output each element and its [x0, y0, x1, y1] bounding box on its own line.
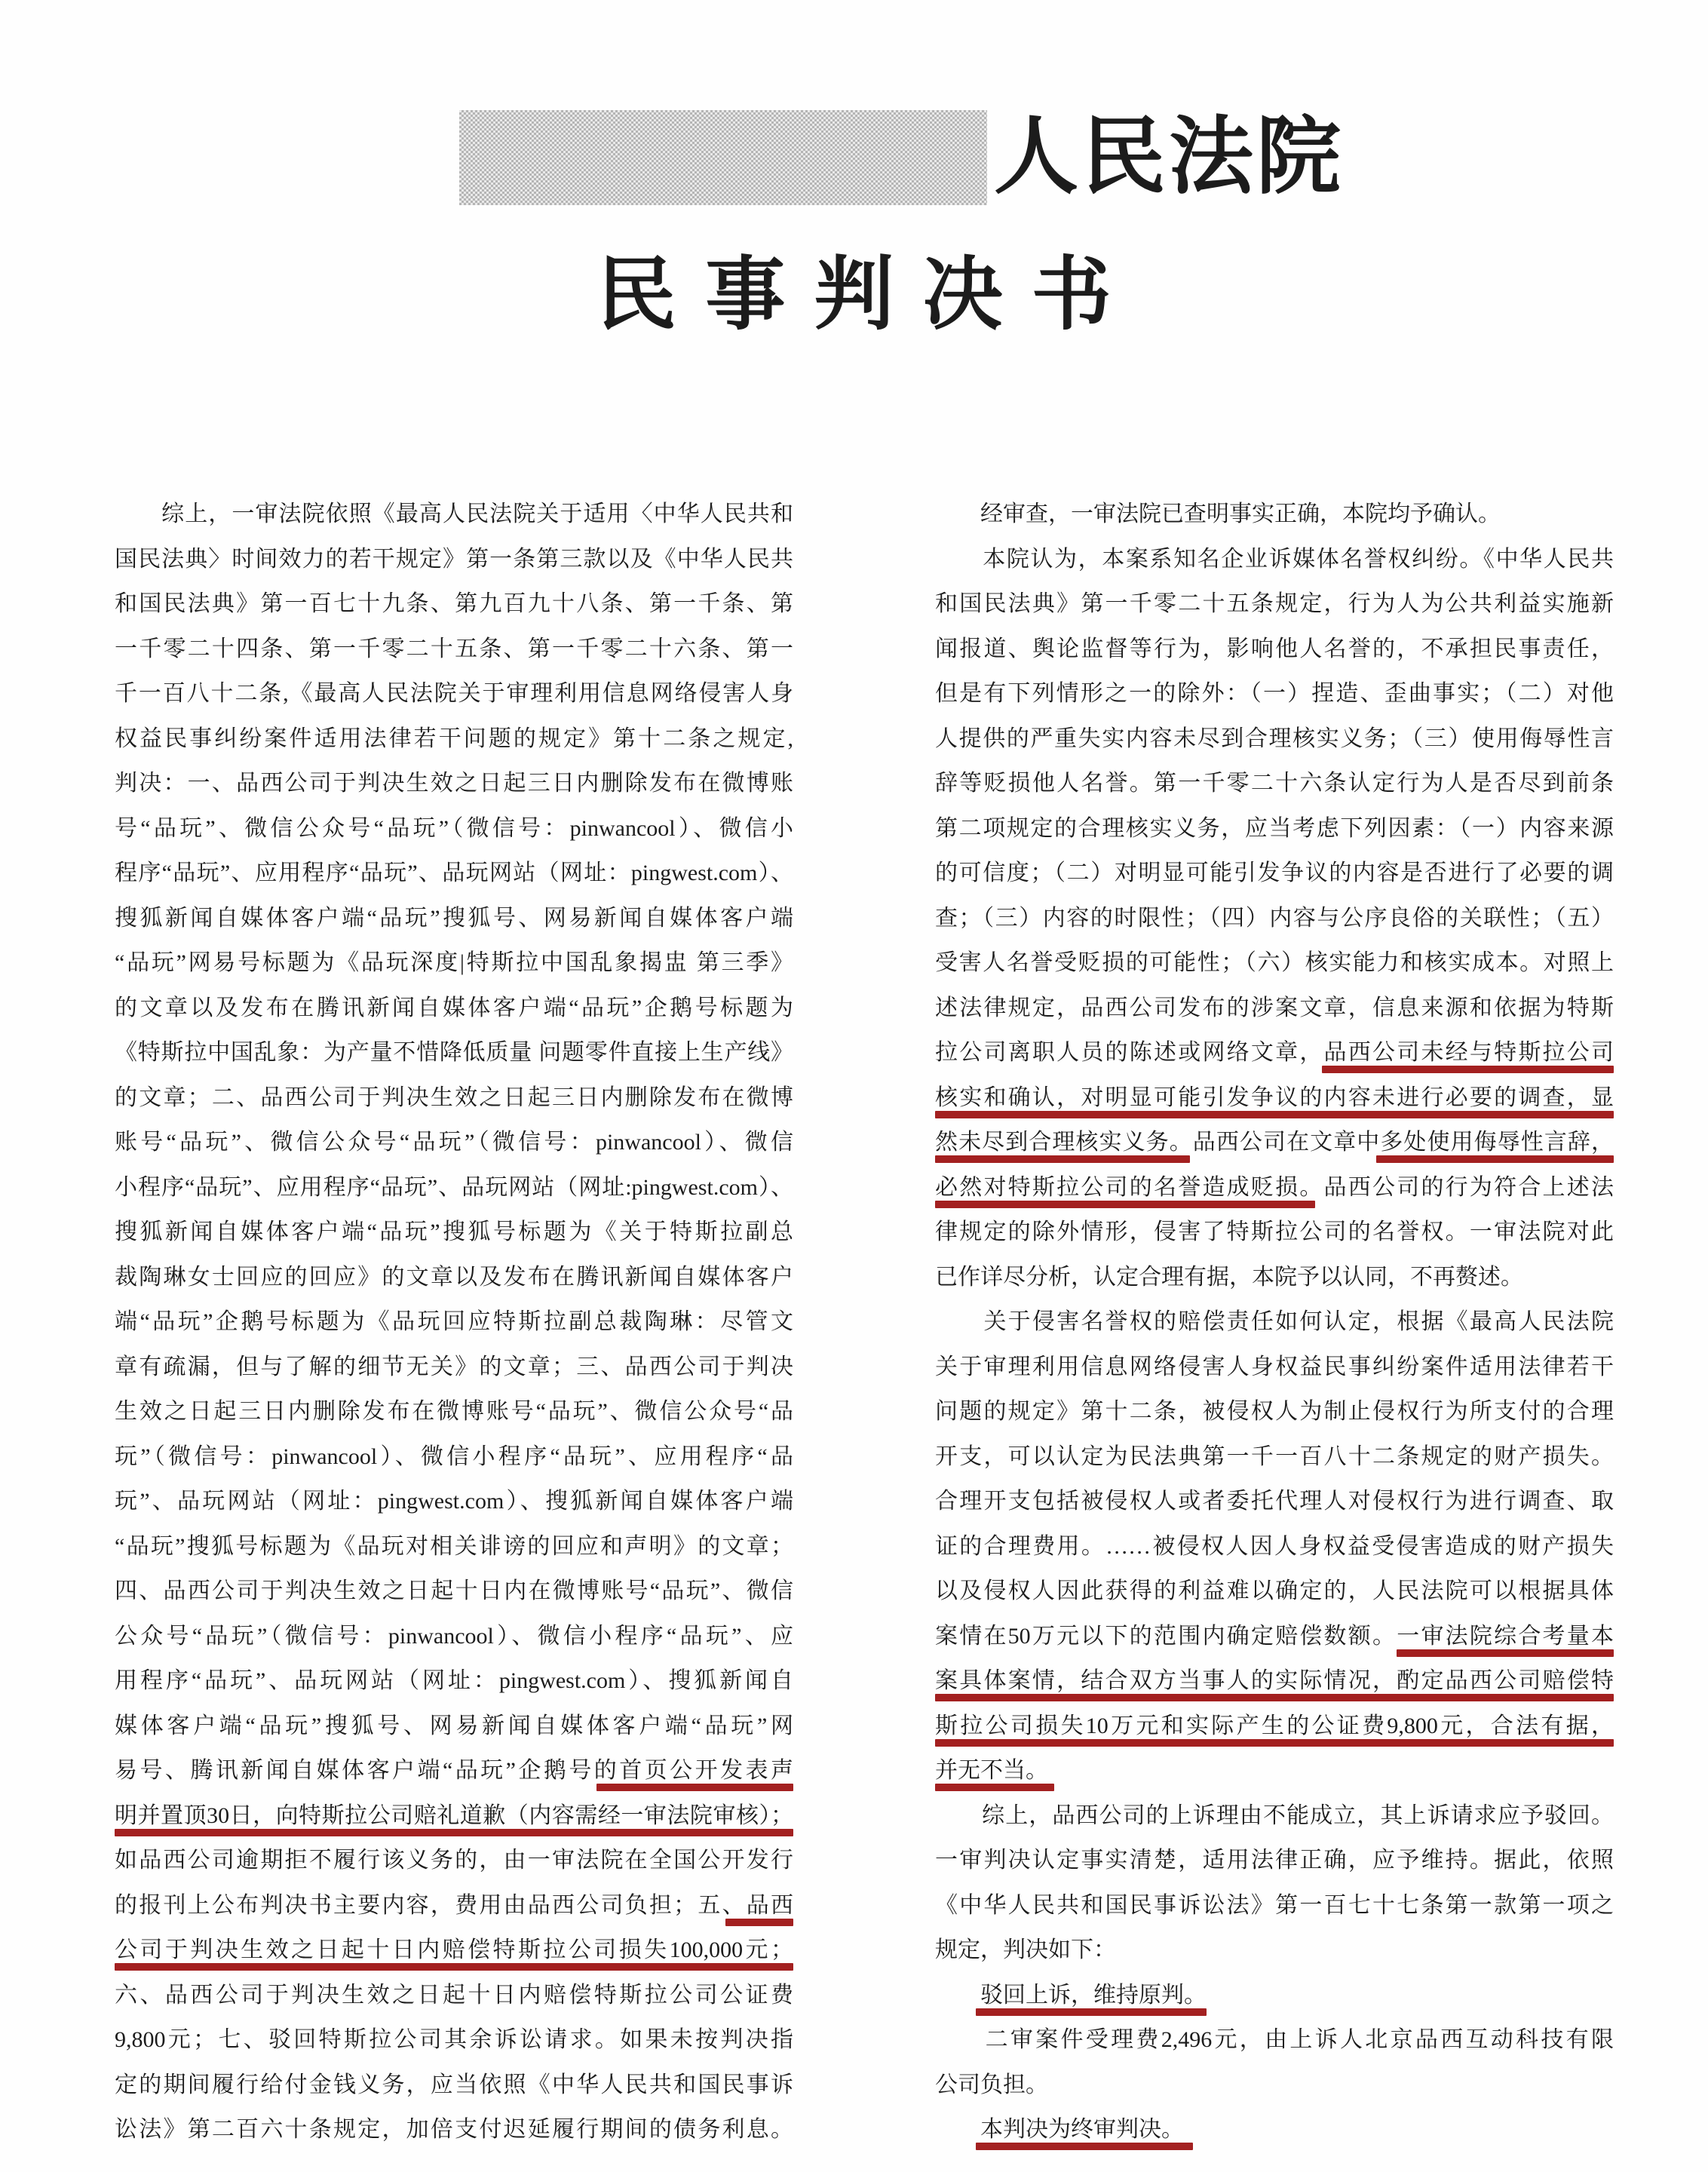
text-line: 一千零二十四条、第一千零二十五条、第一千零二十六条、第一 [115, 627, 793, 672]
line-text: 述法律规定，品西公司发布的涉案文章，信息来源和依据为特斯 [935, 995, 1614, 1020]
line-text: 并无不当。 [935, 1758, 1048, 1783]
text-line: 裁陶琳女士回应的回应》的文章以及发布在腾讯新闻自媒体客户 [115, 1255, 793, 1300]
judgment-document-page: 人民法院 民事判决书 综上，一审法院依照《最高人民法院关于适用〈中华人民共和国民… [0, 0, 1708, 2172]
text-line: 易号、腾讯新闻自媒体客户端“品玩”企鹅号的首页公开发表声 [115, 1748, 793, 1793]
line-text: 必然对特斯拉公司的名誉造成贬损。品西公司的行为符合上述法 [935, 1175, 1614, 1200]
line-text: 四、品西公司于判决生效之日起十日内在微博账号“品玩”、微信 [115, 1578, 793, 1603]
text-line: 搜狐新闻自媒体客户端“品玩”搜狐号、网易新闻自媒体客户端 [115, 896, 793, 941]
redacted-court-name-block [459, 110, 987, 205]
text-line: 程序“品玩”、应用程序“品玩”、品玩网站（网址：pingwest.com）、 [115, 851, 793, 896]
line-text: 玩”、品玩网站（网址：pingwest.com）、搜狐新闻自媒体客户端 [115, 1489, 793, 1514]
text-line: 本院认为，本案系知名企业诉媒体名誉权纠纷。《中华人民共 [935, 537, 1614, 582]
text-line: 驳回上诉，维持原判。 [935, 1973, 1614, 2018]
text-line: 的文章；二、品西公司于判决生效之日起三日内删除发布在微博 [115, 1075, 793, 1121]
line-text: 但是有下列情形之一的除外：（一）捏造、歪曲事实；（二）对他 [935, 681, 1614, 706]
text-line: 案具体案情，结合双方当事人的实际情况，酌定品西公司赔偿特 [935, 1658, 1614, 1704]
text-line: “品玩”搜狐号标题为《品玩对相关诽谤的回应和声明》的文章； [115, 1524, 793, 1569]
text-line: 规定，判决如下： [935, 1928, 1614, 1973]
text-line: 辞等贬损他人名誉。第一千零二十六条认定行为人是否尽到前条 [935, 761, 1614, 806]
text-line: 账号“品玩”、微信公众号“品玩”（微信号：pinwancool）、微信 [115, 1120, 793, 1165]
text-line: 查；（三）内容的时限性；（四）内容与公序良俗的关联性；（五） [935, 896, 1614, 941]
line-text: 一千零二十四条、第一千零二十五条、第一千零二十六条、第一 [115, 637, 793, 661]
text-line: 和国民法典》第一百七十九条、第九百九十八条、第一千条、第 [115, 581, 793, 627]
red-underline [115, 1963, 793, 1971]
text-line: 章有疏漏，但与了解的细节无关》的文章；三、品西公司于判决 [115, 1345, 793, 1390]
text-line: 第二项规定的合理核实义务，应当考虑下列因素：（一）内容来源 [935, 806, 1614, 851]
text-line: 问题的规定》第十二条，被侵权人为制止侵权行为所支付的合理 [935, 1389, 1614, 1434]
text-line: 的可信度；（二）对明显可能引发争议的内容是否进行了必要的调 [935, 851, 1614, 896]
line-text: 千一百八十二条,《最高人民法院关于审理利用信息网络侵害人身 [115, 681, 793, 706]
text-line: 公司负担。 [935, 2063, 1614, 2108]
line-text: “品玩”搜狐号标题为《品玩对相关诽谤的回应和声明》的文章； [115, 1534, 793, 1559]
red-underline [1397, 1649, 1614, 1657]
line-text: 《特斯拉中国乱象：为产量不惜降低质量 问题零件直接上生产线》 [115, 1040, 793, 1065]
line-text: 用程序“品玩”、品玩网站（网址：pingwest.com）、搜狐新闻自 [115, 1668, 793, 1693]
text-line: 本判决为终审判决。 [935, 2107, 1614, 2152]
text-line: 《特斯拉中国乱象：为产量不惜降低质量 问题零件直接上生产线》 [115, 1030, 793, 1075]
line-text: 经审查，一审法院已查明事实正确，本院均予确认。 [935, 502, 1501, 526]
line-text: 讼法》第二百六十条规定，加倍支付迟延履行期间的债务利息。 [115, 2117, 793, 2142]
line-text: 证的合理费用。……被侵权人因人身权益受侵害造成的财产损失 [935, 1534, 1614, 1559]
text-line: 经审查，一审法院已查明事实正确，本院均予确认。 [935, 492, 1614, 537]
text-line: 用程序“品玩”、品玩网站（网址：pingwest.com）、搜狐新闻自 [115, 1658, 793, 1704]
line-text: 综上，品西公司的上诉理由不能成立，其上诉请求应予驳回。 [935, 1803, 1614, 1828]
text-line: 公众号“品玩”（微信号：pinwancool）、微信小程序“品玩”、应 [115, 1614, 793, 1659]
text-line: 判决：一、品西公司于判决生效之日起三日内删除发布在微博账 [115, 761, 793, 806]
text-line: 号“品玩”、微信公众号“品玩”（微信号：pinwancool）、微信小 [115, 806, 793, 851]
text-line: 然未尽到合理核实义务。品西公司在文章中多处使用侮辱性言辞， [935, 1120, 1614, 1165]
text-line: 9,800元；七、驳回特斯拉公司其余诉讼请求。如果未按判决指 [115, 2017, 793, 2063]
red-underline [935, 1694, 1614, 1701]
text-line: 如品西公司逾期拒不履行该义务的，由一审法院在全国公开发行 [115, 1838, 793, 1883]
text-line: 案情在50万元以下的范围内确定赔偿数额。一审法院综合考量本 [935, 1614, 1614, 1659]
line-text: 的可信度；（二）对明显可能引发争议的内容是否进行了必要的调 [935, 861, 1614, 885]
line-text: 媒体客户端“品玩”搜狐号、网易新闻自媒体客户端“品玩”网 [115, 1713, 793, 1738]
line-text: 受害人名誉受贬损的可能性；（六）核实能力和核实成本。对照上 [935, 950, 1614, 975]
line-text: 裁陶琳女士回应的回应》的文章以及发布在腾讯新闻自媒体客户 [115, 1265, 793, 1290]
text-line: 并无不当。 [935, 1748, 1614, 1793]
line-text: 搜狐新闻自媒体客户端“品玩”搜狐号标题为《关于特斯拉副总 [115, 1219, 793, 1244]
red-underline [725, 1919, 793, 1926]
line-text: 辞等贬损他人名誉。第一千零二十六条认定行为人是否尽到前条 [935, 771, 1614, 796]
text-line: 一审判决认定事实清楚，适用法律正确，应予维持。据此，依照 [935, 1838, 1614, 1883]
red-underline [935, 1784, 1054, 1791]
text-line: 讼法》第二百六十条规定，加倍支付迟延履行期间的债务利息。 [115, 2107, 793, 2152]
line-text: 和国民法典》第一千零二十五条规定，行为人为公共利益实施新 [935, 591, 1614, 616]
line-text: 判决：一、品西公司于判决生效之日起三日内删除发布在微博账 [115, 771, 793, 796]
text-line: 玩”（微信号：pinwancool）、微信小程序“品玩”、应用程序“品 [115, 1434, 793, 1480]
red-underline [596, 1784, 793, 1791]
text-line: 拉公司离职人员的陈述或网络文章，品西公司未经与特斯拉公司 [935, 1030, 1614, 1075]
line-text: 生效之日起三日内删除发布在微博账号“品玩”、微信公众号“品 [115, 1399, 793, 1424]
line-text: 号“品玩”、微信公众号“品玩”（微信号：pinwancool）、微信小 [115, 816, 793, 841]
text-line: 核实和确认，对明显可能引发争议的内容未进行必要的调查，显 [935, 1075, 1614, 1121]
line-text: 的文章以及发布在腾讯新闻自媒体客户端“品玩”企鹅号标题为 [115, 995, 793, 1020]
text-line: 千一百八十二条,《最高人民法院关于审理利用信息网络侵害人身 [115, 671, 793, 716]
line-text: 小程序“品玩”、应用程序“品玩”、品玩网站（网址:pingwest.com）、 [115, 1175, 793, 1200]
line-text: 明并置顶30日，向特斯拉公司赔礼道歉（内容需经一审法院审核）； [115, 1803, 793, 1828]
line-text: 端“品玩”企鹅号标题为《品玩回应特斯拉副总裁陶琳：尽管文 [115, 1309, 793, 1334]
line-text: 合理开支包括被侵权人或者委托代理人对侵权行为进行调查、取 [935, 1489, 1614, 1514]
court-name-suffix: 人民法院 [994, 110, 1344, 205]
red-underline [935, 1155, 1190, 1163]
line-text: 国民法典〉时间效力的若干规定》第一条第三款以及《中华人民共 [115, 547, 793, 572]
line-text: 闻报道、舆论监督等行为，影响他人名誉的，不承担民事责任， [935, 637, 1614, 661]
text-line: 搜狐新闻自媒体客户端“品玩”搜狐号标题为《关于特斯拉副总 [115, 1210, 793, 1255]
text-line: 国民法典〉时间效力的若干规定》第一条第三款以及《中华人民共 [115, 537, 793, 582]
text-line: 生效之日起三日内删除发布在微博账号“品玩”、微信公众号“品 [115, 1389, 793, 1434]
line-text: 章有疏漏，但与了解的细节无关》的文章；三、品西公司于判决 [115, 1354, 793, 1379]
text-line: 已作详尽分析，认定合理有据，本院予以认同，不再赘述。 [935, 1255, 1614, 1300]
text-line: 六、品西公司于判决生效之日起十日内赔偿特斯拉公司公证费 [115, 1973, 793, 2018]
text-line: 公司于判决生效之日起十日内赔偿特斯拉公司损失100,000元； [115, 1928, 793, 1973]
text-line: 的报刊上公布判决书主要内容，费用由品西公司负担；五、品西 [115, 1883, 793, 1928]
text-line: 关于审理利用信息网络侵害人身权益民事纠纷案件适用法律若干 [935, 1345, 1614, 1390]
text-line: 述法律规定，品西公司发布的涉案文章，信息来源和依据为特斯 [935, 986, 1614, 1031]
line-text: 一审判决认定事实清楚，适用法律正确，应予维持。据此，依照 [935, 1848, 1614, 1873]
line-text: “品玩”网易号标题为《品玩深度|特斯拉中国乱象揭盅 第三季》 [115, 950, 793, 975]
line-text: 《中华人民共和国民事诉讼法》第一百七十七条第一款第一项之 [935, 1893, 1614, 1918]
text-line: 小程序“品玩”、应用程序“品玩”、品玩网站（网址:pingwest.com）、 [115, 1165, 793, 1210]
text-line: 四、品西公司于判决生效之日起十日内在微博账号“品玩”、微信 [115, 1569, 793, 1614]
line-text: 规定，判决如下： [935, 1937, 1116, 1962]
red-underline [1376, 1155, 1614, 1163]
text-line: 开支，可以认定为民法典第一千一百八十二条规定的财产损失。 [935, 1434, 1614, 1480]
red-underline [1322, 1066, 1614, 1073]
text-line: 《中华人民共和国民事诉讼法》第一百七十七条第一款第一项之 [935, 1883, 1614, 1928]
document-title: 民事判决书 [0, 231, 1708, 345]
text-line: 但是有下列情形之一的除外：（一）捏造、歪曲事实；（二）对他 [935, 671, 1614, 716]
text-line: 定的期间履行给付金钱义务，应当依照《中华人民共和国民事诉 [115, 2063, 793, 2108]
text-line: 媒体客户端“品玩”搜狐号、网易新闻自媒体客户端“品玩”网 [115, 1704, 793, 1749]
right-text-column: 经审查，一审法院已查明事实正确，本院均予确认。 本院认为，本案系知名企业诉媒体名… [935, 492, 1614, 2152]
text-line: 二审案件受理费2,496元，由上诉人北京品西互动科技有限 [935, 2017, 1614, 2063]
red-underline [115, 1829, 793, 1836]
red-underline [935, 1111, 1614, 1118]
text-line: 人提供的严重失实内容未尽到合理核实义务；（三）使用侮辱性言 [935, 716, 1614, 762]
line-text: 的报刊上公布判决书主要内容，费用由品西公司负担；五、品西 [115, 1893, 793, 1918]
line-text: 查；（三）内容的时限性；（四）内容与公序良俗的关联性；（五） [935, 906, 1614, 931]
line-text: 定的期间履行给付金钱义务，应当依照《中华人民共和国民事诉 [115, 2072, 793, 2097]
line-text: 斯拉公司损失10万元和实际产生的公证费9,800元，合法有据， [935, 1713, 1614, 1738]
line-text: 公众号“品玩”（微信号：pinwancool）、微信小程序“品玩”、应 [115, 1624, 793, 1649]
line-text: 案情在50万元以下的范围内确定赔偿数额。一审法院综合考量本 [935, 1624, 1614, 1649]
line-text: 公司于判决生效之日起十日内赔偿特斯拉公司损失100,000元； [115, 1937, 793, 1962]
text-line: 综上，品西公司的上诉理由不能成立，其上诉请求应予驳回。 [935, 1793, 1614, 1839]
line-text: 律规定的除外情形，侵害了特斯拉公司的名誉权。一审法院对此 [935, 1219, 1614, 1244]
text-line: 证的合理费用。……被侵权人因人身权益受侵害造成的财产损失 [935, 1524, 1614, 1569]
line-text: 关于审理利用信息网络侵害人身权益民事纠纷案件适用法律若干 [935, 1354, 1614, 1379]
red-underline [976, 2008, 1207, 2016]
line-text: 已作详尽分析，认定合理有据，本院予以认同，不再赘述。 [935, 1265, 1523, 1290]
line-text: 和国民法典》第一百七十九条、第九百九十八条、第一千条、第 [115, 591, 793, 616]
line-text: 然未尽到合理核实义务。品西公司在文章中多处使用侮辱性言辞， [935, 1130, 1614, 1155]
line-text: 以及侵权人因此获得的利益难以确定的，人民法院可以根据具体 [935, 1578, 1614, 1603]
line-text: 9,800元；七、驳回特斯拉公司其余诉讼请求。如果未按判决指 [115, 2027, 793, 2052]
line-text: 驳回上诉，维持原判。 [935, 1983, 1207, 2008]
red-underline [935, 1739, 1614, 1747]
text-line: 综上，一审法院依照《最高人民法院关于适用〈中华人民共和 [115, 492, 793, 537]
line-text: 核实和确认，对明显可能引发争议的内容未进行必要的调查，显 [935, 1085, 1614, 1110]
text-line: “品玩”网易号标题为《品玩深度|特斯拉中国乱象揭盅 第三季》 [115, 940, 793, 986]
text-line: 以及侵权人因此获得的利益难以确定的，人民法院可以根据具体 [935, 1569, 1614, 1614]
line-text: 的文章；二、品西公司于判决生效之日起三日内删除发布在微博 [115, 1085, 793, 1110]
left-text-column: 综上，一审法院依照《最高人民法院关于适用〈中华人民共和国民法典〉时间效力的若干规… [115, 492, 793, 2152]
line-text: 问题的规定》第十二条，被侵权人为制止侵权行为所支付的合理 [935, 1399, 1614, 1424]
line-text: 账号“品玩”、微信公众号“品玩”（微信号：pinwancool）、微信 [115, 1130, 793, 1155]
text-line: 明并置顶30日，向特斯拉公司赔礼道歉（内容需经一审法院审核）； [115, 1793, 793, 1839]
line-text: 第二项规定的合理核实义务，应当考虑下列因素：（一）内容来源 [935, 816, 1614, 841]
line-text: 公司负担。 [935, 2072, 1048, 2097]
line-text: 拉公司离职人员的陈述或网络文章，品西公司未经与特斯拉公司 [935, 1040, 1614, 1065]
line-text: 本院认为，本案系知名企业诉媒体名誉权纠纷。《中华人民共 [935, 547, 1614, 572]
text-line: 权益民事纠纷案件适用法律若干问题的规定》第十二条之规定, [115, 716, 793, 762]
text-line: 斯拉公司损失10万元和实际产生的公证费9,800元，合法有据， [935, 1704, 1614, 1749]
line-text: 搜狐新闻自媒体客户端“品玩”搜狐号、网易新闻自媒体客户端 [115, 906, 793, 931]
line-text: 权益民事纠纷案件适用法律若干问题的规定》第十二条之规定, [115, 726, 793, 751]
text-line: 必然对特斯拉公司的名誉造成贬损。品西公司的行为符合上述法 [935, 1165, 1614, 1210]
text-line: 的文章以及发布在腾讯新闻自媒体客户端“品玩”企鹅号标题为 [115, 986, 793, 1031]
text-line: 关于侵害名誉权的赔偿责任如何认定，根据《最高人民法院 [935, 1299, 1614, 1345]
text-line: 端“品玩”企鹅号标题为《品玩回应特斯拉副总裁陶琳：尽管文 [115, 1299, 793, 1345]
line-text: 开支，可以认定为民法典第一千一百八十二条规定的财产损失。 [935, 1444, 1614, 1469]
text-line: 玩”、品玩网站（网址：pingwest.com）、搜狐新闻自媒体客户端 [115, 1479, 793, 1524]
line-text: 六、品西公司于判决生效之日起十日内赔偿特斯拉公司公证费 [115, 1983, 793, 2008]
line-text: 如品西公司逾期拒不履行该义务的，由一审法院在全国公开发行 [115, 1848, 793, 1873]
line-text: 关于侵害名誉权的赔偿责任如何认定，根据《最高人民法院 [935, 1309, 1614, 1334]
line-text: 易号、腾讯新闻自媒体客户端“品玩”企鹅号的首页公开发表声 [115, 1758, 793, 1783]
red-underline [935, 1201, 1315, 1208]
text-line: 和国民法典》第一千零二十五条规定，行为人为公共利益实施新 [935, 581, 1614, 627]
line-text: 程序“品玩”、应用程序“品玩”、品玩网站（网址：pingwest.com）、 [115, 861, 793, 885]
text-line: 闻报道、舆论监督等行为，影响他人名誉的，不承担民事责任， [935, 627, 1614, 672]
line-text: 案具体案情，结合双方当事人的实际情况，酌定品西公司赔偿特 [935, 1668, 1614, 1693]
line-text: 综上，一审法院依照《最高人民法院关于适用〈中华人民共和 [115, 502, 793, 526]
text-line: 合理开支包括被侵权人或者委托代理人对侵权行为进行调查、取 [935, 1479, 1614, 1524]
line-text: 二审案件受理费2,496元，由上诉人北京品西互动科技有限 [935, 2027, 1614, 2052]
text-line: 律规定的除外情形，侵害了特斯拉公司的名誉权。一审法院对此 [935, 1210, 1614, 1255]
line-text: 本判决为终审判决。 [935, 2117, 1184, 2142]
line-text: 玩”（微信号：pinwancool）、微信小程序“品玩”、应用程序“品 [115, 1444, 793, 1469]
red-underline [976, 2143, 1193, 2150]
text-line: 受害人名誉受贬损的可能性；（六）核实能力和核实成本。对照上 [935, 940, 1614, 986]
line-text: 人提供的严重失实内容未尽到合理核实义务；（三）使用侮辱性言 [935, 726, 1614, 751]
